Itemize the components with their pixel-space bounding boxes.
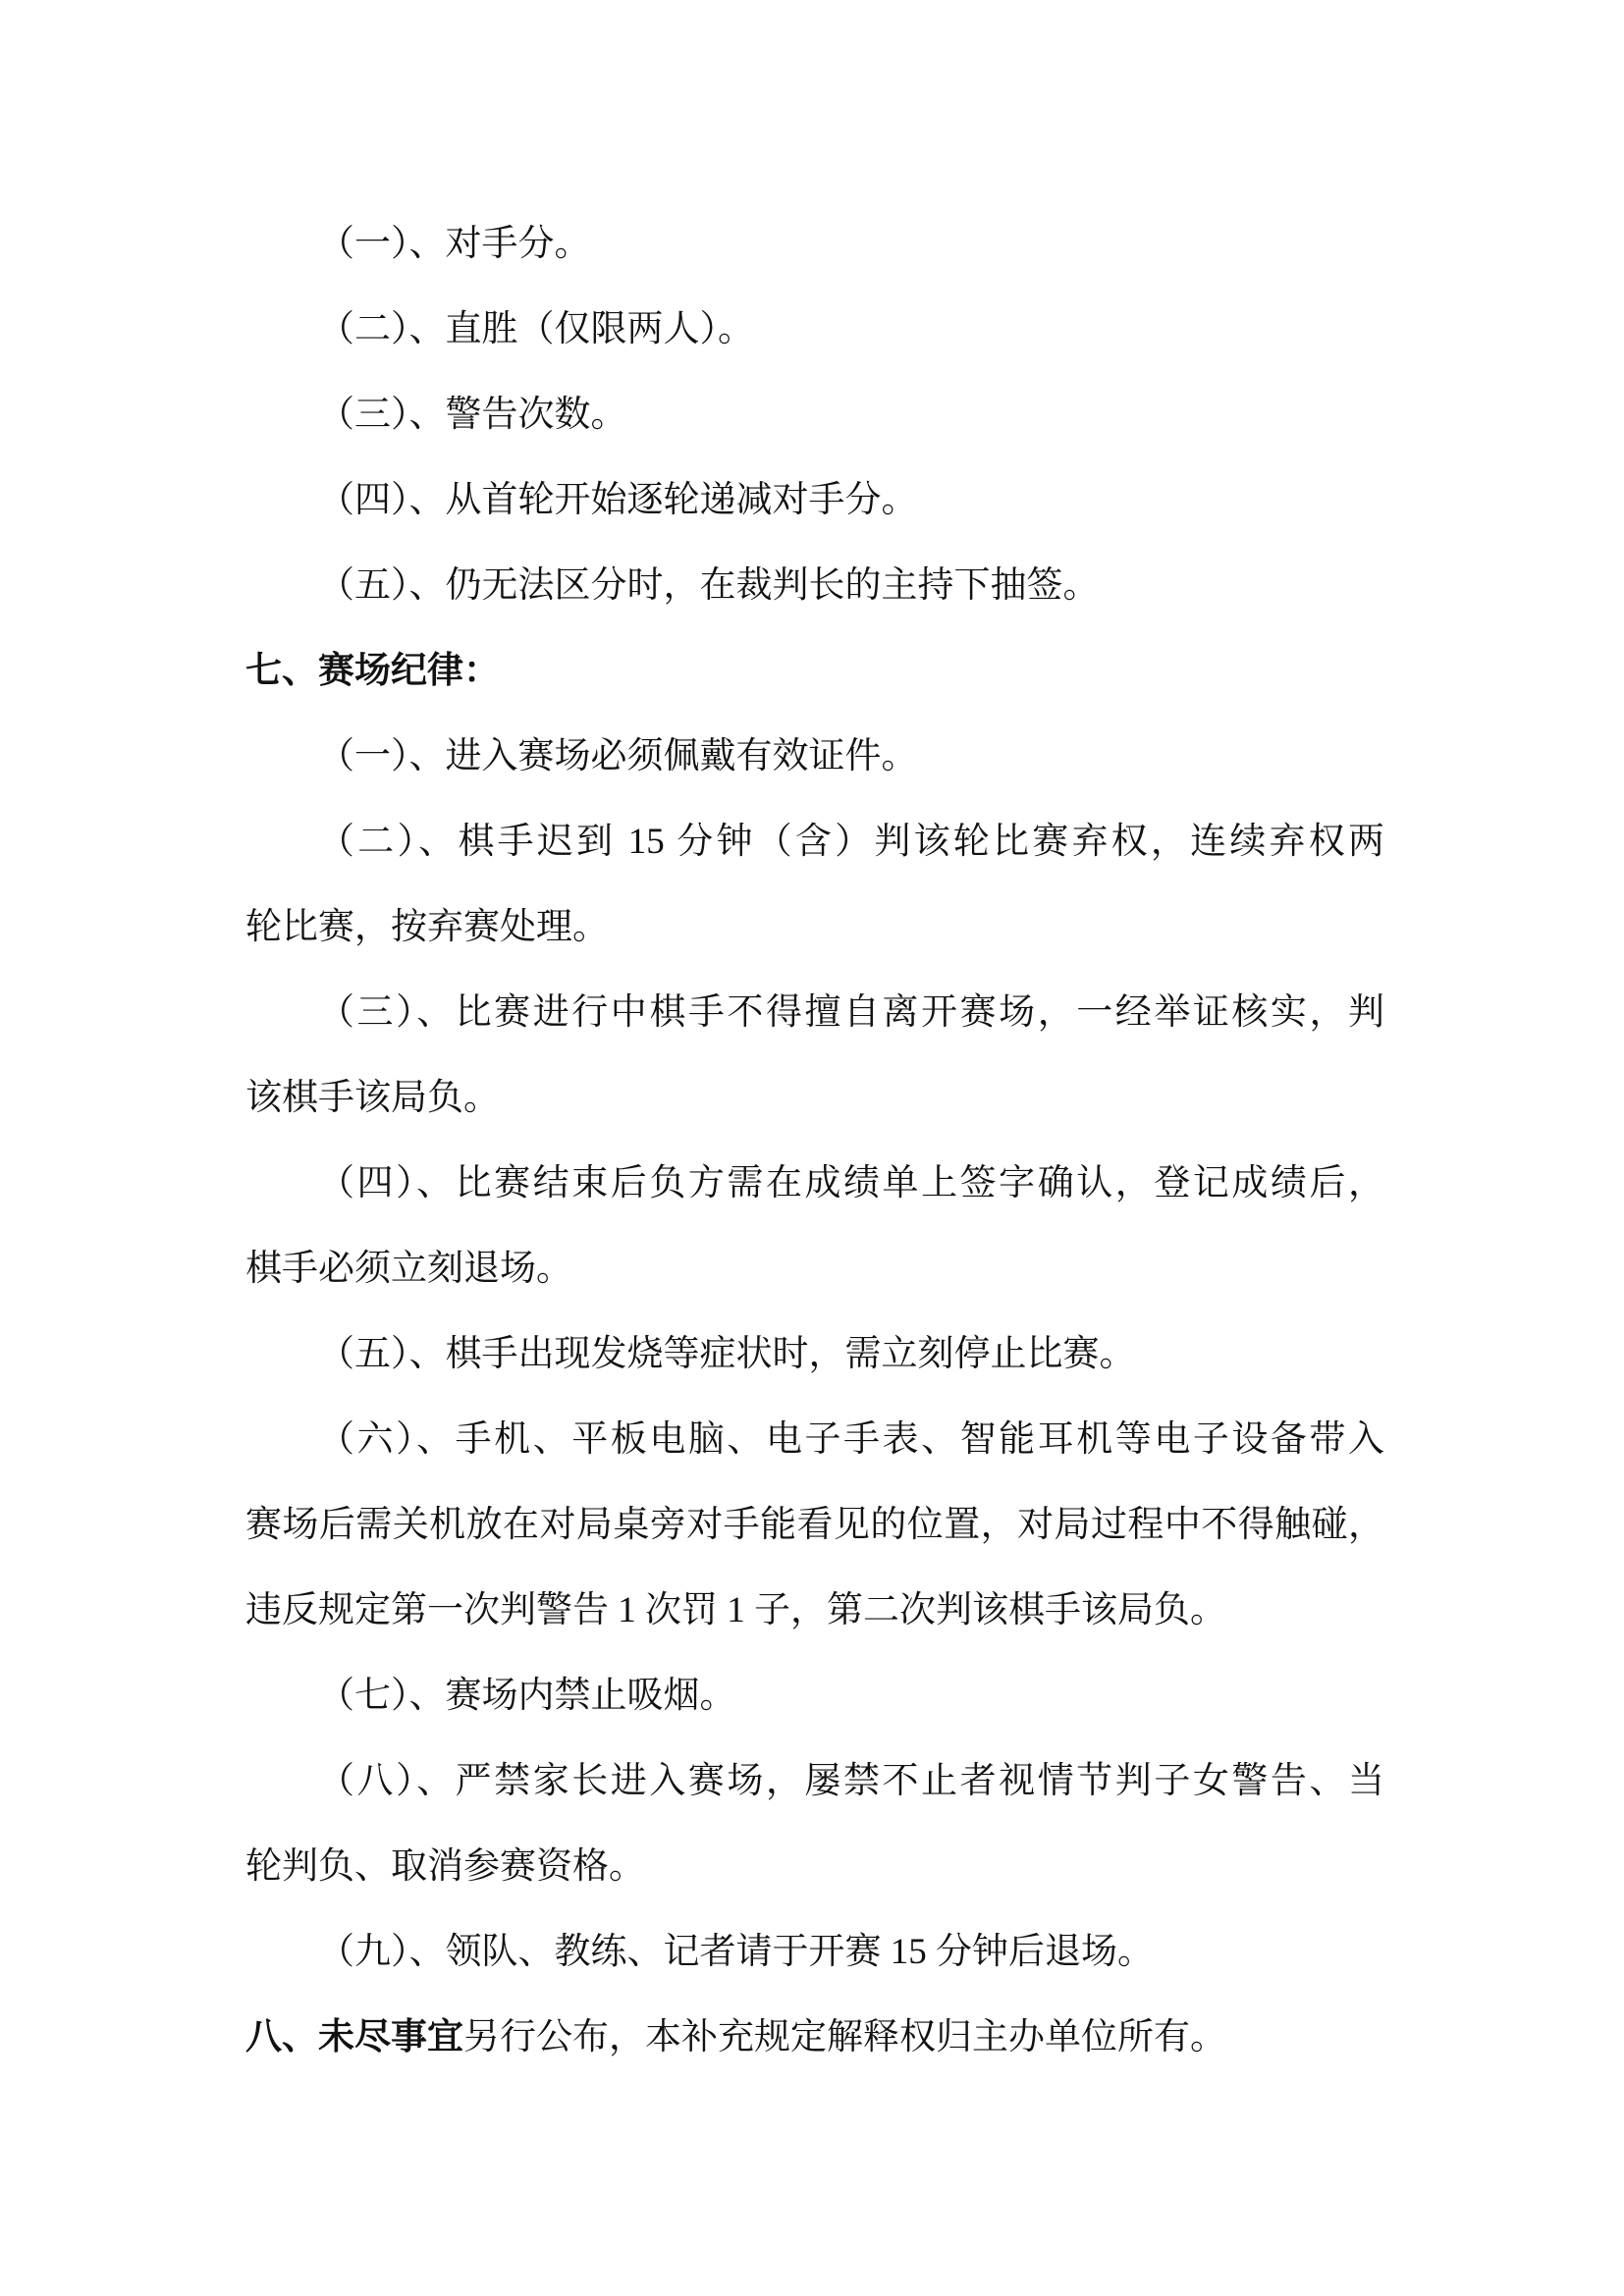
closing-paragraph: 八、未尽事宜另行公布，本补充规定解释权归主办单位所有。	[245, 1995, 1384, 2080]
list-item-line: （二）、直胜（仅限两人）。	[245, 287, 1384, 372]
list-item-continuation: 棋手必须立刻退场。	[245, 1226, 1384, 1311]
list-item-line: （四）、比赛结束后负方需在成绩单上签字确认，登记成绩后，	[245, 1141, 1384, 1226]
document-content: （一）、对手分。 （二）、直胜（仅限两人）。 （三）、警告次数。 （四）、从首轮…	[245, 201, 1384, 2080]
list-item-line: （一）、进入赛场必须佩戴有效证件。	[245, 714, 1384, 799]
list-item-continuation: 轮比赛，按弃赛处理。	[245, 884, 1384, 970]
list-item-line: （五）、棋手出现发烧等症状时，需立刻停止比赛。	[245, 1311, 1384, 1397]
list-item-continuation: 轮判负、取消参赛资格。	[245, 1824, 1384, 1909]
list-item-line: （八）、严禁家长进入赛场，屡禁不止者视情节判子女警告、当	[245, 1738, 1384, 1824]
closing-text: 另行公布，本补充规定解释权归主办单位所有。	[463, 2017, 1226, 2057]
list-item-line: （三）、比赛进行中棋手不得擅自离开赛场，一经举证核实，判	[245, 970, 1384, 1055]
list-item-line: （六）、手机、平板电脑、电子手表、智能耳机等电子设备带入	[245, 1397, 1384, 1482]
list-item-line: （四）、从首轮开始逐轮递减对手分。	[245, 457, 1384, 543]
list-item-line: （五）、仍无法区分时，在裁判长的主持下抽签。	[245, 543, 1384, 628]
list-item-continuation: 违反规定第一次判警告 1 次罚 1 子，第二次判该棋手该局负。	[245, 1568, 1384, 1653]
list-item-continuation: 赛场后需关机放在对局桌旁对手能看见的位置，对局过程中不得触碰，	[245, 1482, 1384, 1568]
section-heading: 七、赛场纪律：	[245, 628, 1384, 714]
closing-heading: 八、未尽事宜	[245, 2017, 463, 2057]
document-page: （一）、对手分。 （二）、直胜（仅限两人）。 （三）、警告次数。 （四）、从首轮…	[0, 0, 1624, 2296]
list-item-line: （九）、领队、教练、记者请于开赛 15 分钟后退场。	[245, 1909, 1384, 1995]
list-item-line: （七）、赛场内禁止吸烟。	[245, 1653, 1384, 1738]
list-item-continuation: 该棋手该局负。	[245, 1055, 1384, 1141]
list-item-line: （二）、棋手迟到 15 分钟（含）判该轮比赛弃权，连续弃权两	[245, 799, 1384, 884]
list-item-line: （一）、对手分。	[245, 201, 1384, 287]
list-item-line: （三）、警告次数。	[245, 372, 1384, 457]
